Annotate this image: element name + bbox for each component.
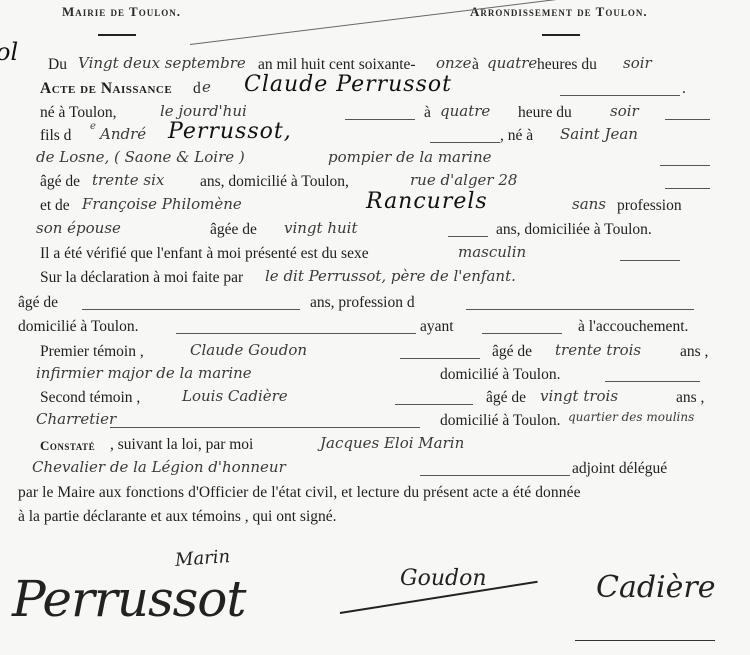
line-sexe: Il a été vérifié que l'enfant à moi prés… [0,245,750,269]
printed-ans: ans , [680,343,708,361]
line-declarant: Sur la déclaration à moi faite par le di… [0,269,750,293]
handwritten-witness1-name: Claude Goudon [190,341,307,359]
handwritten-father-age: trente six [92,171,164,189]
printed-premier-temoin: Premier témoin , [40,343,144,361]
blank-line [395,404,473,405]
blank-line [400,358,480,359]
blank-line [665,119,710,120]
handwritten-sans: sans [572,195,606,213]
handwritten-witness1-age: trente trois [555,341,641,359]
line-witness1-occupation: infirmier major de la marine domicilié à… [0,366,750,390]
printed-profession-d: ans, profession d [310,294,415,312]
handwritten-officer-title: Chevalier de la Légion d'honneur [32,458,286,476]
printed-constate: Constaté [40,438,95,454]
printed-adjoint-delegue: adjoint délégué [572,460,667,478]
blank-line [665,188,710,189]
handwritten-sex: masculin [458,243,526,261]
line-declarant-age: âgé de ans, profession d [0,294,750,318]
blank-line [82,309,300,310]
signature-officer: Marin [174,546,230,571]
handwritten-address: rue d'alger 28 [410,171,517,189]
printed-accouchement: à l'accouchement. [578,318,688,336]
line-witness2-occupation: Charretier domicilié à Toulon. quartier … [0,412,750,436]
handwritten-hour: quatre [440,102,490,120]
blank-line [560,95,680,96]
printed-ne-a: , né à [500,127,533,145]
handwritten-son-epouse: son épouse [36,219,121,237]
handwritten-soir: soir [623,54,652,72]
printed-age-de: âgé de [40,173,80,191]
printed-et-de: et de [40,197,70,215]
handwritten-origin: de Losne, ( Saone & Loire ) [36,148,245,166]
blank-line [466,309,694,310]
blank-line [430,142,500,143]
printed-period: . [682,80,686,98]
printed-age-de: âgé de [486,389,526,407]
signature-witness1: Goudon [400,566,487,591]
handwritten-father-first-name: André [100,125,146,143]
printed-a: à [424,104,431,122]
handwritten-date: le jourd'hui [160,102,247,120]
blank-line [110,427,420,428]
printed-second-temoin: Second témoin , [40,389,140,407]
printed-a: à [472,56,479,74]
printed-domicilie: domicilié à Toulon. [440,366,560,384]
signature-witness2: Cadière [596,570,716,605]
handwritten-witness2-name: Louis Cadière [182,387,288,405]
handwritten-soir: soir [610,102,639,120]
printed-ayant: ayant [420,318,454,336]
printed-profession: profession [617,197,682,215]
handwritten-declarant: le dit Perrussot, père de l'enfant. [265,267,516,285]
printed-domicile: ans, domicilié à Toulon, [200,173,349,191]
handwritten-day-month: Vingt deux septembre [78,54,246,72]
blank-line [620,260,680,261]
blank-line [176,333,416,334]
handwritten-year: onze [436,54,471,72]
blank-line [660,165,710,166]
header-mairie: Mairie de Toulon. [62,4,181,20]
blank-line [420,475,570,476]
line-mother-age: son épouse âgée de vingt huit ans, domic… [0,221,750,245]
handwritten-father-surname: Perrussot, [168,119,292,144]
handwritten-e: e [202,78,211,96]
printed-agee-de: âgée de [210,221,257,239]
printed-acte-de-naissance: Acte de Naissance [40,80,172,98]
blank-line [345,119,415,120]
printed-fonctions: par le Maire aux fonctions d'Officier de… [18,484,581,502]
printed-age-de: âgé de [18,294,58,312]
printed-ans: ans , [676,389,704,407]
printed-age-de: âgé de [492,343,532,361]
handwritten-occupation: pompier de la marine [328,148,492,166]
handwritten-mother-first-names: Françoise Philomène [82,195,242,213]
printed-verification: Il a été vérifié que l'enfant à moi prés… [40,245,369,263]
printed-qui-ont-signe: à la partie déclarante et aux témoins , … [18,508,337,526]
signature-father: Perrussot [12,570,246,628]
printed-fils-d: fils d [40,127,71,145]
printed-du: Du [48,56,67,74]
printed-ne-a-toulon: né à Toulon, [40,104,117,122]
handwritten-officer-name: Jacques Eloi Marin [320,434,464,452]
line-constate: Constaté , suivant la loi, par moi Jacqu… [0,436,750,460]
line-officer-title: Chevalier de la Légion d'honneur adjoint… [0,460,750,484]
signature-underline [575,640,715,641]
handwritten-mother-age: vingt huit [284,219,357,237]
header-rule-left [98,34,136,36]
blank-line [482,333,562,334]
birth-certificate-page: Mairie de Toulon. Arrondissement de Toul… [0,0,750,655]
printed-domicilie: domicilié à Toulon. [18,318,138,336]
printed-domiciliee: ans, domiciliée à Toulon. [496,221,652,239]
handwritten-mother-surname: Rancurels [366,189,488,214]
line-par-le-maire: par le Maire aux fonctions d'Officier de… [0,484,750,508]
line-mother: et de Françoise Philomène Rancurels sans… [0,197,750,221]
printed-d: d [193,80,201,98]
handwritten-witness2-age: vingt trois [540,387,618,405]
handwritten-witness1-occupation: infirmier major de la marine [36,364,252,382]
line-declarant-domicile: domicilié à Toulon. ayant à l'accoucheme… [0,318,750,342]
printed-heure-du: heure du [518,104,572,122]
handwritten-witness2-occupation: Charretier [36,410,116,428]
handwritten-birthplace: Saint Jean [560,125,638,143]
printed-heures-du: heures du [537,56,597,74]
line-acte: Acte de Naissance d e Claude Perrussot . [0,80,750,104]
header-rule-right [542,34,580,36]
handwritten-e: e [90,121,96,132]
handwritten-child-name: Claude Perrussot [244,72,452,97]
handwritten-quarter: quartier des moulins [568,410,694,424]
line-signe: à la partie déclarante et aux témoins , … [0,508,750,532]
handwritten-hour: quatre [487,54,537,72]
printed-declaration: Sur la déclaration à moi faite par [40,269,243,287]
printed-domicilie: domicilié à Toulon. [440,412,560,430]
blank-line [448,236,488,237]
blank-line [605,381,700,382]
printed-suivant-la-loi: , suivant la loi, par moi [110,436,253,454]
